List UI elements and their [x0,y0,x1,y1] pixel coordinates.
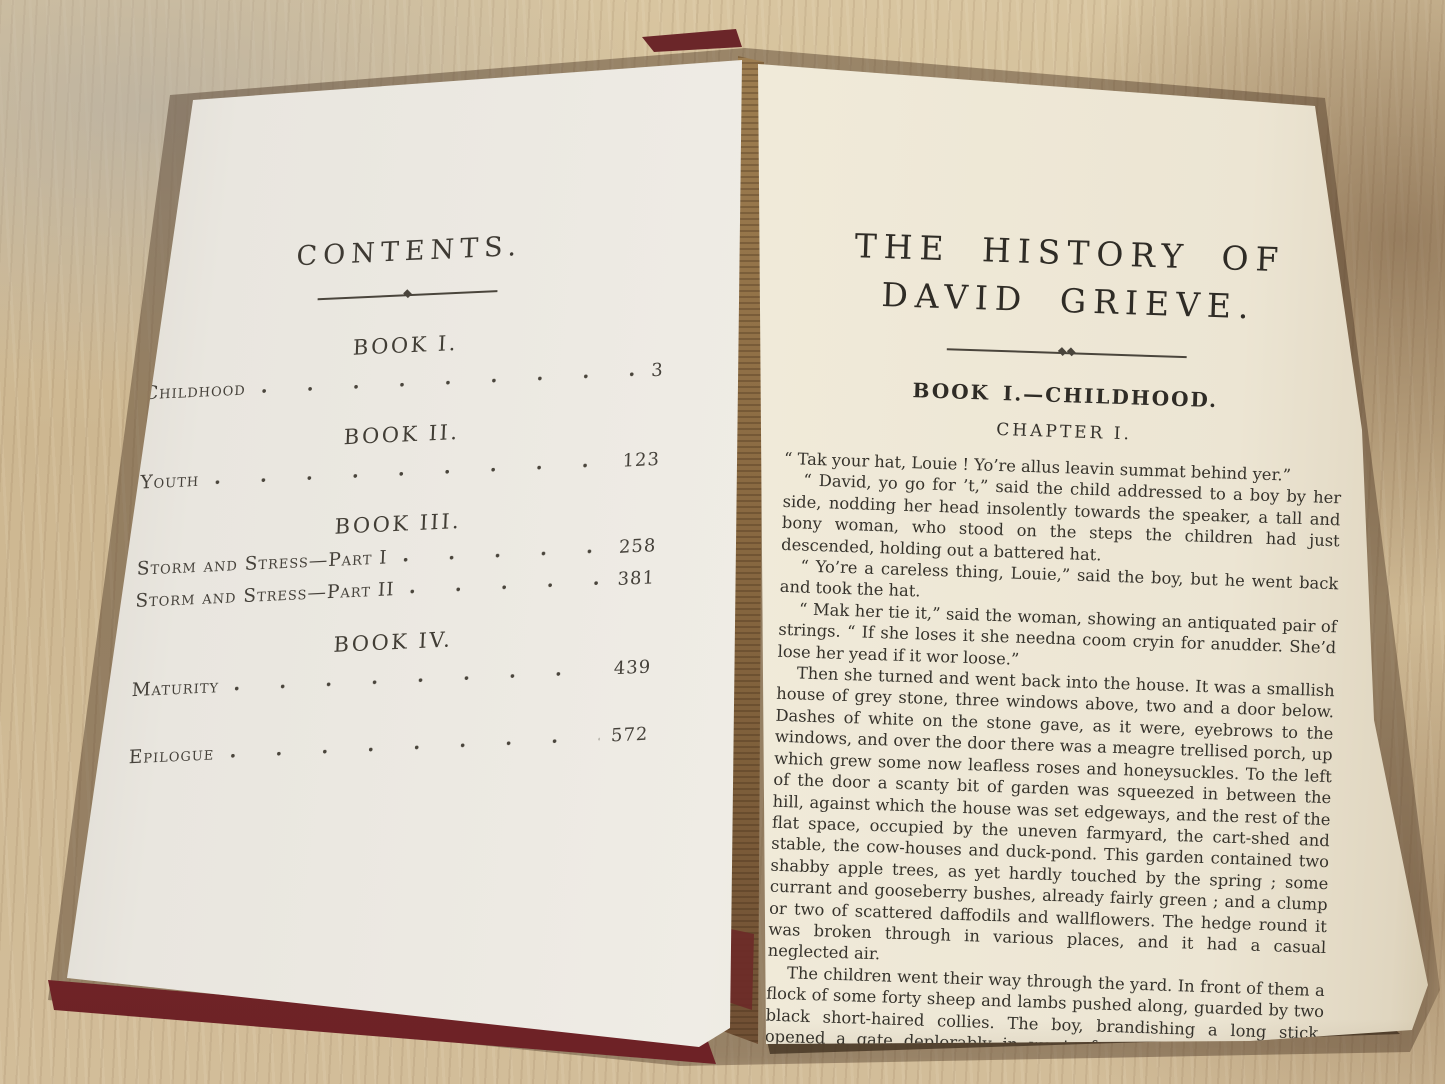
toc-entry: Childhood 3 [144,360,664,405]
toc-entry-page: 3 [651,360,664,382]
photo-of-open-book: CONTENTS. BOOK I. Childhood 3 BOOK II. Y… [0,0,1445,1084]
toc-book-heading: BOOK IV. [133,618,653,666]
toc-entry-page: 123 [622,449,660,472]
chapter-column: THE HISTORY OF DAVID GRIEVE. BOOK I.—CHI… [764,220,1350,1084]
toc-section: BOOK IV. Maturity 439 Epilogue 572 [128,618,653,768]
toc-entry-label: Storm and Stress—Part II [135,579,395,612]
body-paragraph: The children went their way through the … [764,961,1325,1084]
dot-leader [410,580,605,594]
dot-leader [230,737,599,759]
book-title-line2: DAVID GRIEVE. [881,275,1256,326]
toc-section: BOOK III. Storm and Stress—Part I 258 St… [135,500,658,612]
toc-entry-page: 381 [617,567,655,590]
dot-leader [215,462,611,485]
toc-entry: Epilogue 572 [128,724,648,769]
chapter-heading: CHAPTER I. [785,413,1343,451]
toc-section: BOOK I. Childhood 3 [144,321,666,404]
toc-entry-label: Youth [140,470,200,494]
toc-entry-page: 572 [611,724,649,747]
toc-entry-page: 258 [618,535,656,558]
book-title: THE HISTORY OF DAVID GRIEVE. [789,220,1350,334]
toc-entry-label: Maturity [131,676,219,701]
toc-book-heading: BOOK II. [141,411,661,459]
body-paragraph: Then she turned and went back into the h… [767,662,1335,980]
toc-entry-page: 439 [613,656,651,679]
toc-entry-label: Epilogue [128,743,214,768]
toc-entry: Youth 123 [140,449,660,494]
toc-entry-label: Storm and Stress—Part I [136,547,388,579]
contents-title: CONTENTS. [149,224,670,279]
dot-leader [403,548,607,562]
contents-sections: BOOK I. Childhood 3 BOOK II. Youth 123 B… [128,321,665,768]
contents-column: CONTENTS. BOOK I. Childhood 3 BOOK II. Y… [128,224,669,768]
toc-entry-label: Childhood [144,379,247,405]
body-text: “ Tak your hat, Louie ! Yo’re allus leav… [764,448,1342,1084]
toc-entry: Maturity 439 [131,656,651,701]
toc-book-heading: BOOK I. [145,321,665,369]
ornament-rule-icon [317,285,497,303]
toc-section: BOOK II. Youth 123 [140,411,662,494]
book-title-line1: THE HISTORY OF [854,226,1286,279]
book-section-heading: BOOK I.—CHILDHOOD. [786,374,1344,416]
dot-leader [262,372,640,394]
dot-leader [235,670,602,692]
ornament-rule-diamonds-icon [947,343,1187,361]
